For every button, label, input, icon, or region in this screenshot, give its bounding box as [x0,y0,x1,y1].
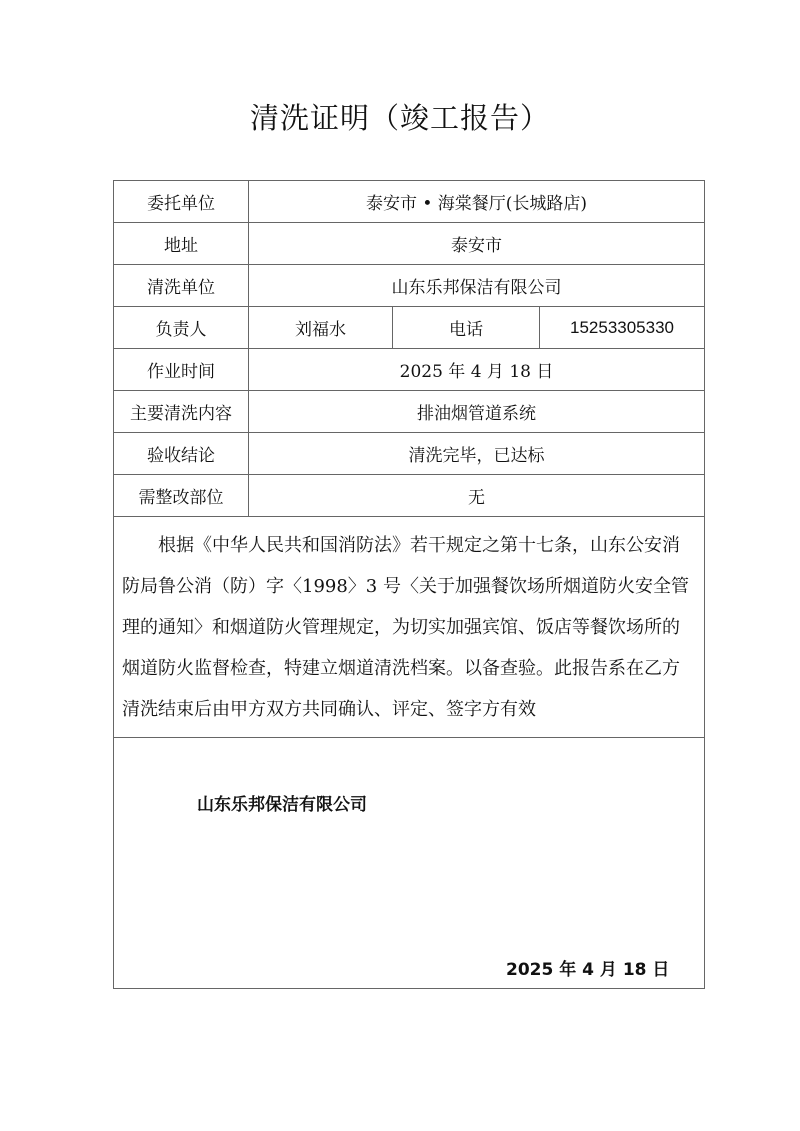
value-client: 泰安市 • 海棠餐厅(长城路店) [249,181,705,223]
label-phone: 电话 [393,307,540,349]
table-row-rectification: 需整改部位 无 [114,475,705,517]
value-rectification: 无 [249,475,705,517]
signature-area: 山东乐邦保洁有限公司 2025 年 4 月 18 日 [114,738,705,989]
value-main-content: 排油烟管道系统 [249,391,705,433]
value-phone: 15253305330 [540,307,705,349]
table-row-cleaning-company: 清洗单位 山东乐邦保洁有限公司 [114,265,705,307]
table-row-work-date: 作业时间 2025 年 4 月 18 日 [114,349,705,391]
label-client: 委托单位 [114,181,249,223]
cleaning-certificate-table: 委托单位 泰安市 • 海棠餐厅(长城路店) 地址 泰安市 清洗单位 山东乐邦保洁… [113,180,705,989]
value-cleaning-company: 山东乐邦保洁有限公司 [249,265,705,307]
value-address: 泰安市 [249,223,705,265]
document-title: 清洗证明（竣工报告） [0,96,800,137]
label-cleaning-company: 清洗单位 [114,265,249,307]
table-row-client: 委托单位 泰安市 • 海棠餐厅(长城路店) [114,181,705,223]
value-responsible-person: 刘福水 [249,307,393,349]
table-row-address: 地址 泰安市 [114,223,705,265]
label-responsible-person: 负责人 [114,307,249,349]
label-rectification: 需整改部位 [114,475,249,517]
table-row-acceptance: 验收结论 清洗完毕，已达标 [114,433,705,475]
label-address: 地址 [114,223,249,265]
table-row-signature: 山东乐邦保洁有限公司 2025 年 4 月 18 日 [114,738,705,989]
legal-paragraph: 根据《中华人民共和国消防法》若干规定之第十七条，山东公安消防局鲁公消（防）字〈1… [114,517,705,738]
table-row-legal-paragraph: 根据《中华人民共和国消防法》若干规定之第十七条，山东公安消防局鲁公消（防）字〈1… [114,517,705,738]
label-main-content: 主要清洗内容 [114,391,249,433]
label-acceptance: 验收结论 [114,433,249,475]
table-row-main-content: 主要清洗内容 排油烟管道系统 [114,391,705,433]
signature-date: 2025 年 4 月 18 日 [506,955,669,980]
table-row-responsible-person: 负责人 刘福水 电话 15253305330 [114,307,705,349]
signature-company: 山东乐邦保洁有限公司 [197,790,367,815]
value-acceptance: 清洗完毕，已达标 [249,433,705,475]
value-work-date: 2025 年 4 月 18 日 [249,349,705,391]
label-work-date: 作业时间 [114,349,249,391]
